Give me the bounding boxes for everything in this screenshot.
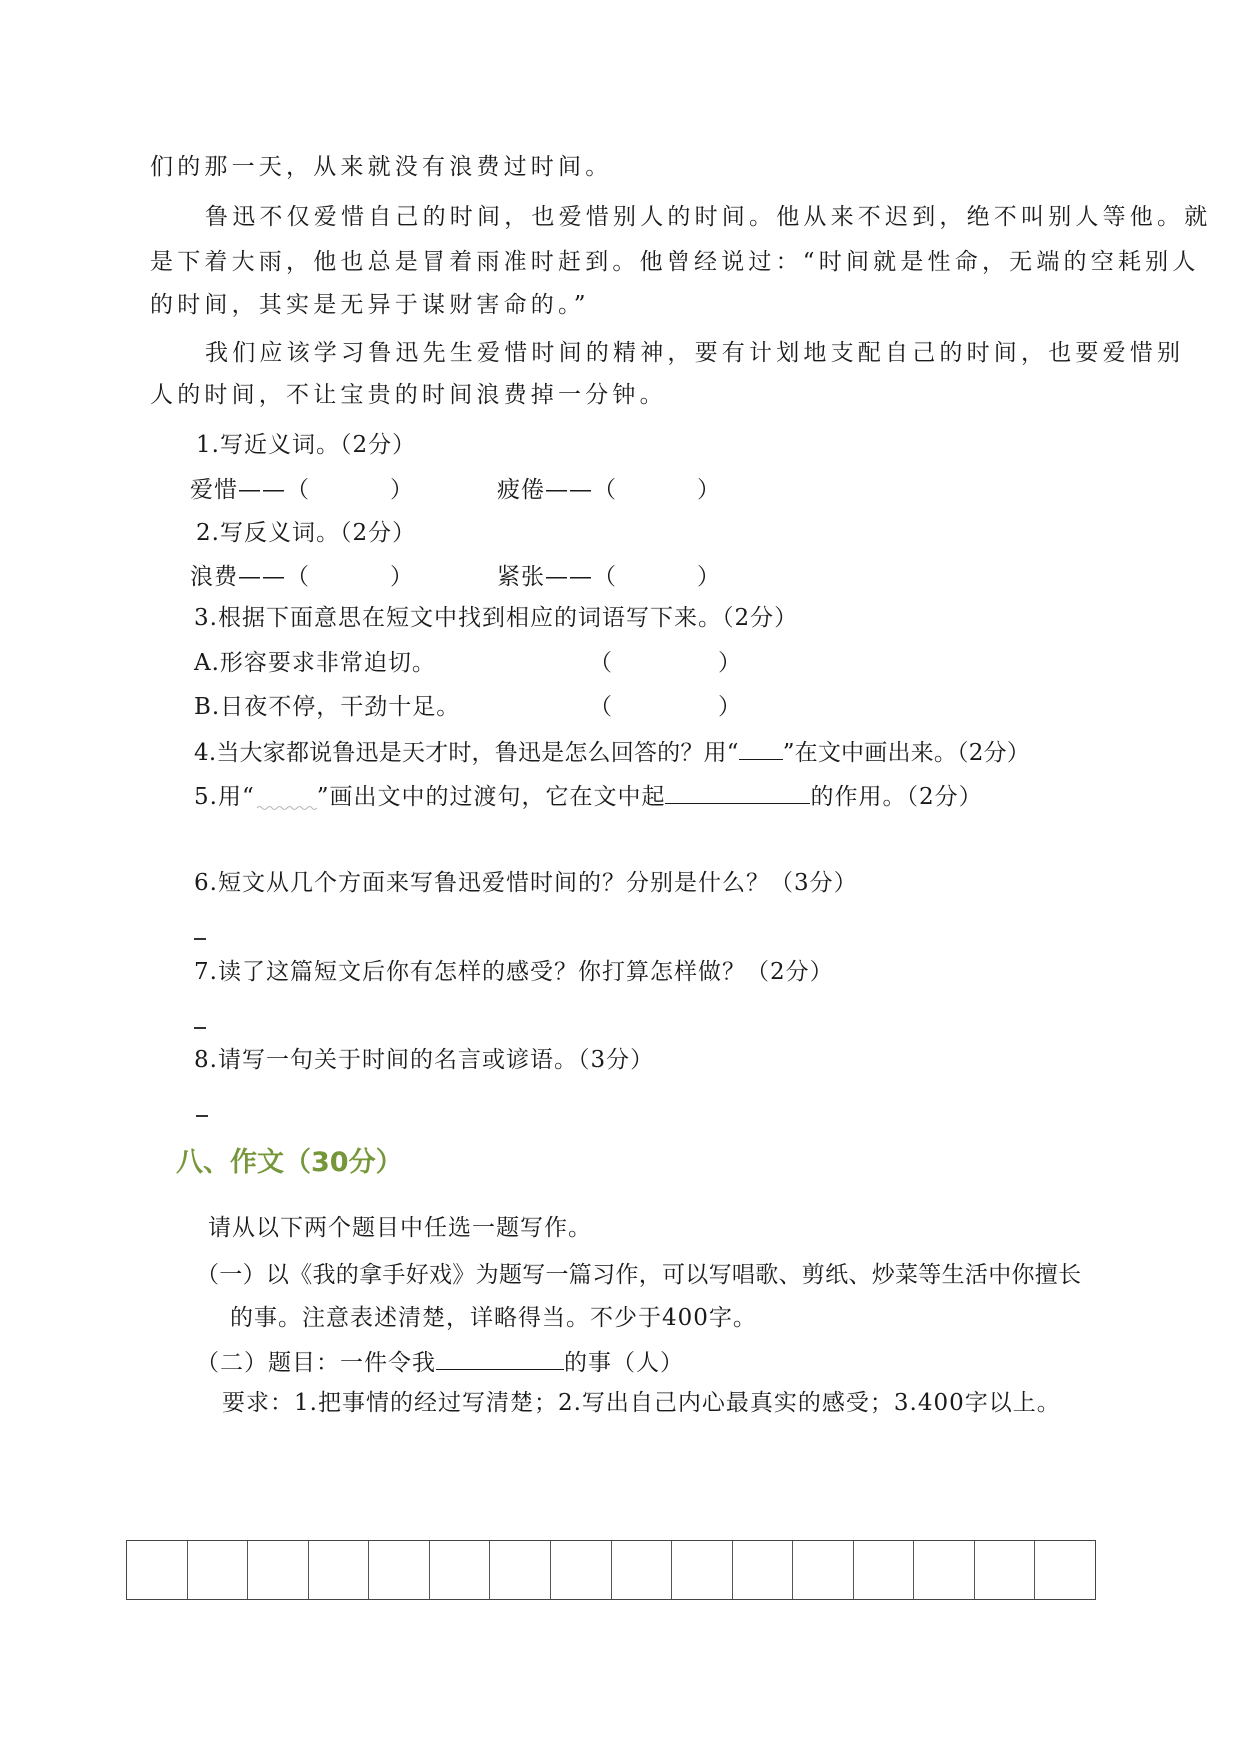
close-paren: ） xyxy=(390,477,414,503)
q5-text-after: 的作用。（2分） xyxy=(810,784,982,810)
close-paren: ） xyxy=(697,477,721,503)
answer-blank[interactable] xyxy=(665,783,810,804)
grid-cell[interactable] xyxy=(430,1541,491,1599)
question-3-prompt: 3.根据下面意思在短文中找到相应的词语写下来。（2分） xyxy=(194,603,798,633)
passage-line: 鲁迅不仅爱惜自己的时间，也爱惜别人的时间。他从来不迟到，绝不叫别人等他。就 xyxy=(205,202,1211,232)
q1-word: 疲倦—— xyxy=(497,477,593,503)
writing-grid xyxy=(126,1540,1096,1600)
close-paren: ） xyxy=(697,564,721,590)
grid-cell[interactable] xyxy=(1035,1541,1095,1599)
grid-cell[interactable] xyxy=(309,1541,370,1599)
composition-option-1-continued: 的事。注意表述清楚，详略得当。不少于400字。 xyxy=(230,1303,757,1333)
question-4: 4.当大家都说鲁迅是天才时，鲁迅是怎么回答的？用“”在文中画出来。（2分） xyxy=(194,738,1030,768)
composition-intro: 请从以下两个题目中任选一题写作。 xyxy=(208,1213,592,1243)
grid-cell[interactable] xyxy=(793,1541,854,1599)
grid-cell[interactable] xyxy=(490,1541,551,1599)
composition-requirements: 要求：1.把事情的经过写清楚；2.写出自己内心最真实的感受；3.400字以上。 xyxy=(222,1388,1061,1418)
question-2-item: 紧张——（） xyxy=(497,562,721,592)
q4-text-after: ”在文中画出来。（2分） xyxy=(783,740,1030,766)
q1-word: 爱惜—— xyxy=(190,477,286,503)
grid-cell[interactable] xyxy=(733,1541,794,1599)
answer-line-marker[interactable] xyxy=(196,1115,208,1117)
grid-cell[interactable] xyxy=(975,1541,1036,1599)
passage-line: 的时间，其实是无异于谋财害命的。” xyxy=(150,290,590,320)
grid-cell[interactable] xyxy=(914,1541,975,1599)
question-3-item-a: A.形容要求非常迫切。（） xyxy=(194,648,742,678)
grid-cell[interactable] xyxy=(369,1541,430,1599)
question-3-item-b: B.日夜不停，干劲十足。（） xyxy=(194,692,742,722)
question-2-prompt: 2.写反义词。（2分） xyxy=(196,518,416,548)
section-title-composition: 八、作文（30分） xyxy=(176,1146,403,1180)
question-8-prompt: 8.请写一句关于时间的名言或谚语。（3分） xyxy=(194,1045,654,1075)
open-paren: （ xyxy=(593,564,617,590)
wavy-underline-sample xyxy=(255,782,317,804)
open-paren: （ xyxy=(286,477,310,503)
grid-cell[interactable] xyxy=(551,1541,612,1599)
passage-line: 我们应该学习鲁迅先生爱惜时间的精神，要有计划地支配自己的时间，也要爱惜别 xyxy=(205,338,1184,368)
q3-definition: A.形容要求非常迫切。 xyxy=(194,648,589,678)
passage-line: 人的时间，不让宝贵的时间浪费掉一分钟。 xyxy=(150,380,667,410)
open-paren: （ xyxy=(589,694,613,720)
close-paren: ） xyxy=(390,564,414,590)
q3-definition: B.日夜不停，干劲十足。 xyxy=(194,692,589,722)
title-blank[interactable] xyxy=(436,1349,564,1370)
grid-cell[interactable] xyxy=(854,1541,915,1599)
answer-line-marker[interactable] xyxy=(194,1027,206,1029)
option-2-text-after: 的事（人） xyxy=(564,1350,684,1376)
straight-underline-sample xyxy=(739,739,783,760)
question-7-prompt: 7.读了这篇短文后你有怎样的感受？你打算怎样做？（2分） xyxy=(194,957,834,987)
close-paren: ） xyxy=(718,650,742,676)
question-1-item: 疲倦——（） xyxy=(497,475,721,505)
composition-option-1: （一）以《我的拿手好戏》为题写一篇习作，可以写唱歌、剪纸、炒菜等生活中你擅长 xyxy=(196,1260,1081,1290)
q5-text-middle: ”画出文中的过渡句，它在文中起 xyxy=(317,784,666,810)
answer-line-marker[interactable] xyxy=(194,938,206,940)
q2-word: 浪费—— xyxy=(190,564,286,590)
open-paren: （ xyxy=(593,477,617,503)
question-1-prompt: 1.写近义词。（2分） xyxy=(196,430,416,460)
open-paren: （ xyxy=(589,650,613,676)
grid-cell[interactable] xyxy=(672,1541,733,1599)
q2-word: 紧张—— xyxy=(497,564,593,590)
open-paren: （ xyxy=(286,564,310,590)
option-2-text-before: （二）题目：一件令我 xyxy=(196,1350,436,1376)
composition-option-2: （二）题目：一件令我的事（人） xyxy=(196,1348,684,1378)
grid-cell[interactable] xyxy=(248,1541,309,1599)
passage-line: 们的那一天，从来就没有浪费过时间。 xyxy=(150,152,612,182)
passage-line: 是下着大雨，他也总是冒着雨准时赶到。他曾经说过：“时间就是性命，无端的空耗别人 xyxy=(150,247,1200,277)
q5-text-before: 5.用“ xyxy=(194,784,255,810)
grid-cell[interactable] xyxy=(127,1541,188,1599)
question-5: 5.用“”画出文中的过渡句，它在文中起的作用。（2分） xyxy=(194,782,983,812)
grid-cell[interactable] xyxy=(188,1541,249,1599)
question-2-item: 浪费——（） xyxy=(190,562,414,592)
question-6-prompt: 6.短文从几个方面来写鲁迅爱惜时间的？分别是什么？（3分） xyxy=(194,868,858,898)
q4-text-before: 4.当大家都说鲁迅是天才时，鲁迅是怎么回答的？用“ xyxy=(194,740,739,766)
question-1-item: 爱惜——（） xyxy=(190,475,414,505)
close-paren: ） xyxy=(718,694,742,720)
grid-cell[interactable] xyxy=(612,1541,673,1599)
